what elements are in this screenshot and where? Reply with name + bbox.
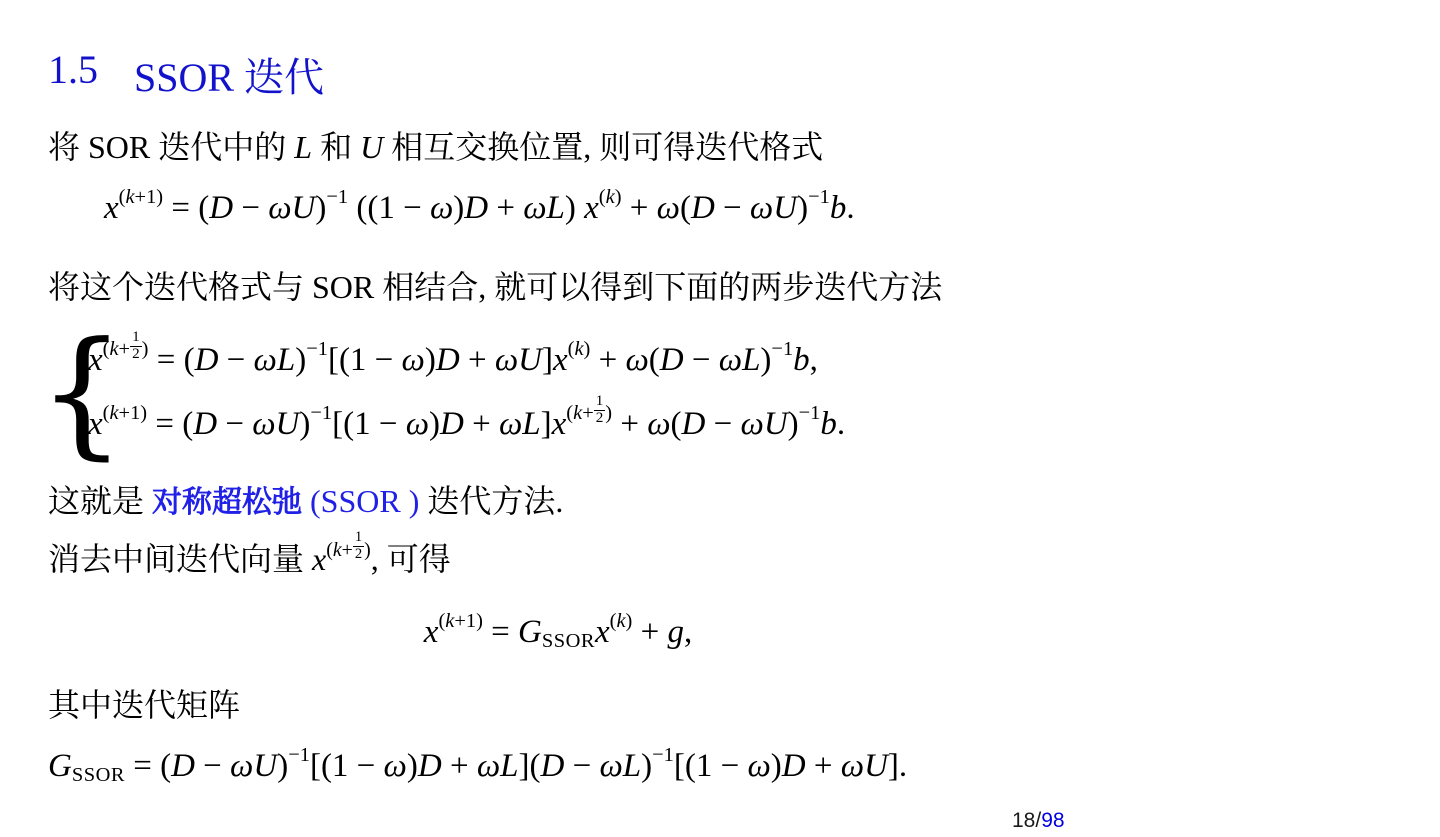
paragraph-two-step-method: 将这个迭代格式与 SOR 相结合, 就可以得到下面的两步迭代方法 bbox=[48, 262, 942, 308]
ssor-definition-pre: 这就是 bbox=[48, 483, 152, 519]
page-total: 98 bbox=[1041, 809, 1064, 832]
ssor-definition-paren: (SSOR ) bbox=[302, 483, 419, 519]
paragraph-intro-sor-swap: 将 SOR 迭代中的 L 和 U 相互交换位置, 则可得迭代格式 bbox=[48, 122, 823, 168]
section-title: SSOR 迭代 bbox=[134, 46, 324, 103]
page-title: 1.5SSOR 迭代 bbox=[48, 46, 324, 103]
formula-ssor-compact: x(k+1) = GSSORx(k) + g, bbox=[0, 614, 1116, 651]
ssor-definition-emphasis: 对称超松弛 bbox=[152, 485, 302, 520]
page-current: 18 bbox=[1012, 809, 1035, 832]
paragraph-ssor-definition: 这就是 对称超松弛 (SSOR ) 迭代方法. bbox=[48, 476, 563, 522]
page-indicator: 18/98 bbox=[1012, 809, 1065, 833]
formula-backward-sor-iteration: x(k+1) = (D − ωU)−1 ((1 − ω)D + ωL) x(k)… bbox=[104, 190, 855, 227]
ssor-definition-post: 迭代方法. bbox=[419, 483, 563, 519]
paragraph-iteration-matrix: 其中迭代矩阵 bbox=[48, 680, 240, 726]
section-number: 1.5 bbox=[48, 46, 98, 103]
paragraph-eliminate-intermediate: 消去中间迭代向量 x(k+12), 可得 bbox=[48, 534, 451, 580]
slide: 1.5SSOR 迭代 将 SOR 迭代中的 L 和 U 相互交换位置, 则可得迭… bbox=[0, 0, 1440, 837]
formula-gssor-matrix: GSSOR = (D − ωU)−1[(1 − ω)D + ωL](D − ωL… bbox=[48, 748, 907, 785]
equation-system-line-1: x(k+12) = (D − ωL)−1[(1 − ω)D + ωU]x(k) … bbox=[88, 342, 818, 379]
equation-system-line-2: x(k+1) = (D − ωU)−1[(1 − ω)D + ωL]x(k+12… bbox=[88, 406, 845, 443]
